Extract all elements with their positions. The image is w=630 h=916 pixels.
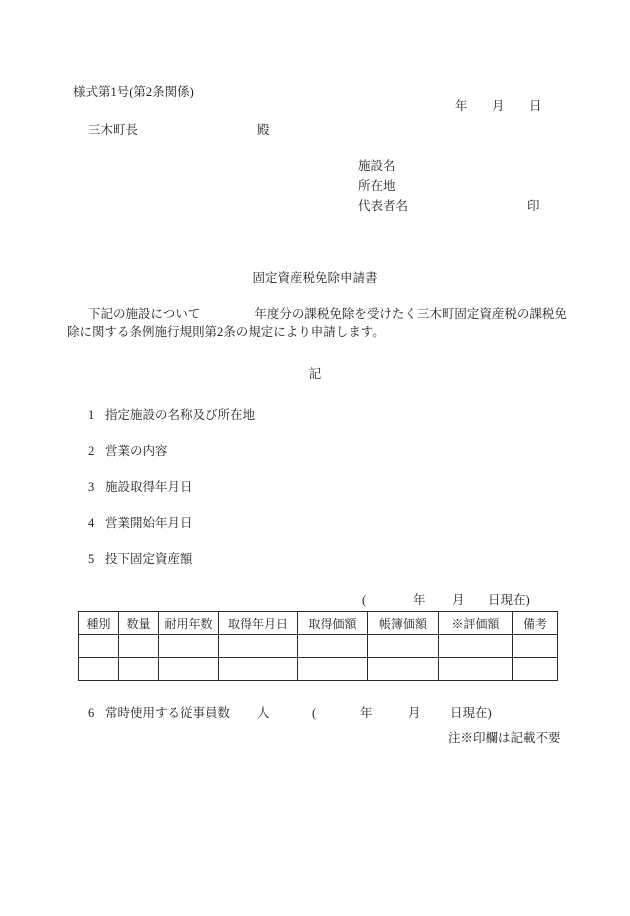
- asset-table-cell: [439, 658, 513, 681]
- list-item-2: 2営業の内容: [88, 445, 168, 459]
- item-1-number: 1: [88, 409, 105, 423]
- asset-table-cell: [439, 635, 513, 658]
- form-title: 固定資産税免除申請書: [0, 272, 630, 286]
- header-type: 種別: [79, 612, 119, 635]
- asset-table: 種別 数量 耐用年数 取得年月日 取得価額 帳簿価額 ※評価額 備考: [78, 611, 558, 681]
- list-item-1: 1指定施設の名称及び所在地: [88, 409, 255, 423]
- item-6-day-close: 日現在): [450, 707, 492, 721]
- tax-exemption-application-form: 様式第1号(第2条関係) 年 月 日 三木町長 殿 施設名 所在地 代表者名 印…: [0, 0, 630, 916]
- addressee-name: 三木町長: [88, 124, 138, 138]
- body-paragraph-line1: 下記の施設について 年度分の課税免除を受けたく三木町固定資産税の課税免: [88, 308, 567, 322]
- header-book-value: 帳簿価額: [368, 612, 439, 635]
- item-4-label: 営業開始年月日: [105, 516, 193, 530]
- asset-table-cell: [513, 658, 558, 681]
- header-assessed-value: ※評価額: [439, 612, 513, 635]
- asof-month-label: 月: [452, 594, 465, 608]
- asset-table-cell: [298, 635, 368, 658]
- asset-table-cell: [159, 658, 219, 681]
- body-line1-lead: 下記の施設について: [88, 307, 200, 321]
- asset-table-cell: [219, 635, 298, 658]
- list-item-5: 5投下固定資産額: [88, 553, 193, 567]
- asset-table-empty-row-1: [79, 635, 558, 658]
- item-6-number: 6: [88, 707, 94, 721]
- asset-table-cell: [119, 658, 159, 681]
- item-6-month-label: 月: [408, 707, 421, 721]
- footer-note: 注※印欄は記載不要: [448, 732, 561, 746]
- item-1-label: 指定施設の名称及び所在地: [105, 408, 255, 422]
- item-2-label: 営業の内容: [105, 444, 168, 458]
- header-useful-life: 耐用年数: [159, 612, 219, 635]
- location-label: 所在地: [358, 180, 396, 194]
- item-2-number: 2: [88, 445, 105, 459]
- header-quantity: 数量: [119, 612, 159, 635]
- header-remarks: 備考: [513, 612, 558, 635]
- date-year-label: 年: [455, 100, 468, 114]
- asset-table-empty-row-2: [79, 658, 558, 681]
- asset-table-cell: [513, 635, 558, 658]
- seal-mark: 印: [527, 200, 540, 214]
- asset-table-cell: [159, 635, 219, 658]
- asset-table-header-row: 種別 数量 耐用年数 取得年月日 取得価額 帳簿価額 ※評価額 備考: [79, 612, 558, 635]
- item-3-label: 施設取得年月日: [105, 480, 193, 494]
- list-item-3: 3施設取得年月日: [88, 481, 193, 495]
- addressee-honorific: 殿: [257, 124, 270, 138]
- asset-table-cell: [368, 635, 439, 658]
- list-item-4: 4営業開始年月日: [88, 517, 193, 531]
- item-3-number: 3: [88, 481, 105, 495]
- item-4-number: 4: [88, 517, 105, 531]
- header-acquisition-date: 取得年月日: [219, 612, 298, 635]
- asof-day-close: 日現在): [488, 594, 530, 608]
- asset-table-cell: [79, 658, 119, 681]
- body-paragraph-line2: 除に関する条例施行規則第2条の規定により申請します。: [67, 326, 385, 340]
- representative-name-label: 代表者名: [358, 200, 408, 214]
- facility-name-label: 施設名: [358, 160, 396, 174]
- asset-table-cell: [119, 635, 159, 658]
- item-6-paren-open: (: [312, 707, 316, 721]
- asset-table-cell: [298, 658, 368, 681]
- asset-table-cell: [368, 658, 439, 681]
- asof-year-label: 年: [413, 594, 426, 608]
- item-6-unit-label: 人: [257, 707, 270, 721]
- date-day-label: 日: [529, 100, 542, 114]
- asset-table-cell: [79, 635, 119, 658]
- date-month-label: 月: [492, 100, 505, 114]
- record-heading: 記: [0, 368, 630, 382]
- item-6-label: 常時使用する従事員数: [105, 707, 230, 721]
- item-6-year-label: 年: [360, 707, 373, 721]
- header-acquisition-value: 取得価額: [298, 612, 368, 635]
- body-line1-rest: 年度分の課税免除を受けたく三木町固定資産税の課税免: [254, 307, 567, 321]
- asof-paren-open: (: [362, 594, 366, 608]
- asset-table-cell: [219, 658, 298, 681]
- item-5-number: 5: [88, 553, 105, 567]
- form-style-number: 様式第1号(第2条関係): [73, 86, 194, 100]
- item-5-label: 投下固定資産額: [105, 552, 193, 566]
